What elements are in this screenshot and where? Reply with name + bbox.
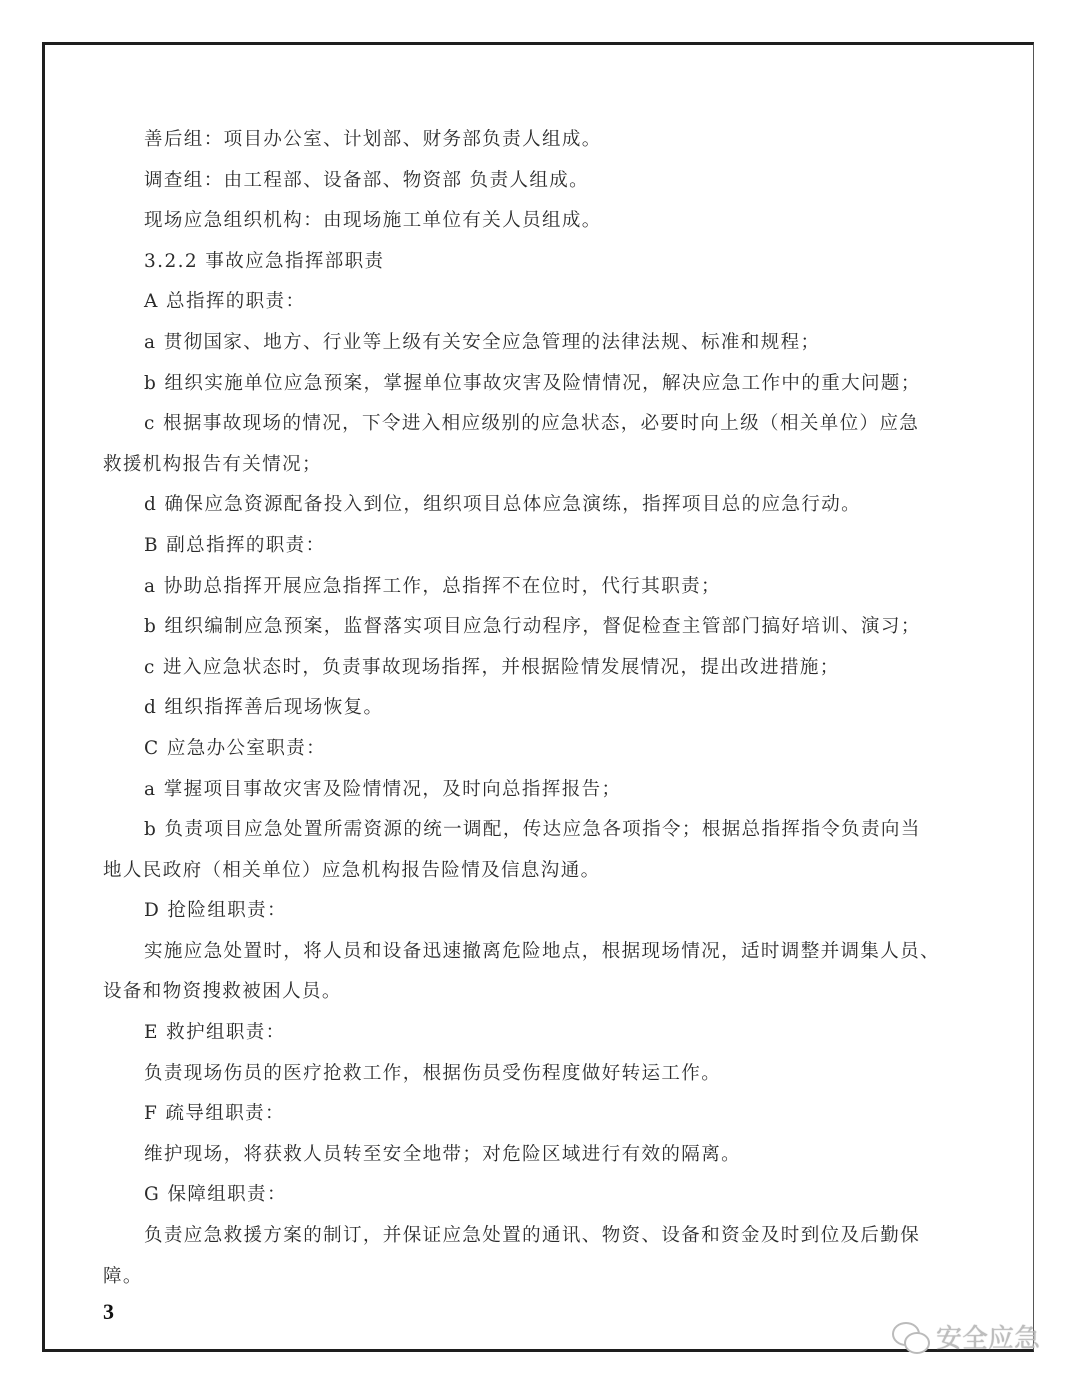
paragraph-line-continuation: 地人民政府（相关单位）应急机构报告险情及信息沟通。 [103,851,961,892]
watermark-text: 安全应急 [936,1318,1040,1355]
paragraph-line: b 组织实施单位应急预案，掌握单位事故灾害及险情情况，解决应急工作中的重大问题； [103,364,961,405]
paragraph-line-continuation: 救援机构报告有关情况； [103,445,961,486]
paragraph-line: a 协助总指挥开展应急指挥工作，总指挥不在位时，代行其职责； [103,567,961,608]
paragraph-line: a 掌握项目事故灾害及险情情况，及时向总指挥报告； [103,770,961,811]
paragraph-line: d 组织指挥善后现场恢复。 [103,688,961,729]
paragraph-line: b 组织编制应急预案，监督落实项目应急行动程序，督促检查主管部门搞好培训、演习； [103,607,961,648]
paragraph-line: 调查组：由工程部、设备部、物资部 负责人组成。 [103,161,961,202]
document-body: 善后组：项目办公室、计划部、财务部负责人组成。调查组：由工程部、设备部、物资部 … [103,120,961,1297]
paragraph-line: b 负责项目应急处置所需资源的统一调配，传达应急各项指令；根据总指挥指令负责向当 [103,810,961,851]
paragraph-line: G 保障组职责： [103,1175,961,1216]
watermark: 安全应急 [892,1318,1040,1355]
paragraph-line: 善后组：项目办公室、计划部、财务部负责人组成。 [103,120,961,161]
paragraph-line: 现场应急组织机构：由现场施工单位有关人员组成。 [103,201,961,242]
paragraph-line: D 抢险组职责： [103,891,961,932]
paragraph-line: E 救护组职责： [103,1013,961,1054]
paragraph-line: d 确保应急资源配备投入到位，组织项目总体应急演练，指挥项目总的应急行动。 [103,485,961,526]
paragraph-line-continuation: 障。 [103,1257,961,1298]
paragraph-line: c 根据事故现场的情况，下令进入相应级别的应急状态，必要时向上级（相关单位）应急 [103,404,961,445]
paragraph-line: 负责应急救援方案的制订，并保证应急处置的通讯、物资、设备和资金及时到位及后勤保 [103,1216,961,1257]
paragraph-line: A 总指挥的职责： [103,282,961,323]
paragraph-line: 3.2.2 事故应急指挥部职责 [103,242,961,283]
paragraph-line: B 副总指挥的职责： [103,526,961,567]
paragraph-line: a 贯彻国家、地方、行业等上级有关安全应急管理的法律法规、标准和规程； [103,323,961,364]
paragraph-line: 负责现场伤员的医疗抢救工作，根据伤员受伤程度做好转运工作。 [103,1054,961,1095]
paragraph-line: c 进入应急状态时，负责事故现场指挥，并根据险情发展情况，提出改进措施； [103,648,961,689]
paragraph-line: 实施应急处置时，将人员和设备迅速撤离危险地点，根据现场情况，适时调整并调集人员、 [103,932,961,973]
paragraph-line-continuation: 设备和物资搜救被困人员。 [103,972,961,1013]
paragraph-line: F 疏导组职责： [103,1094,961,1135]
paragraph-line: C 应急办公室职责： [103,729,961,770]
paragraph-line: 维护现场，将获救人员转至安全地带；对危险区域进行有效的隔离。 [103,1135,961,1176]
page-number: 3 [103,1299,114,1325]
wechat-icon [892,1322,930,1352]
